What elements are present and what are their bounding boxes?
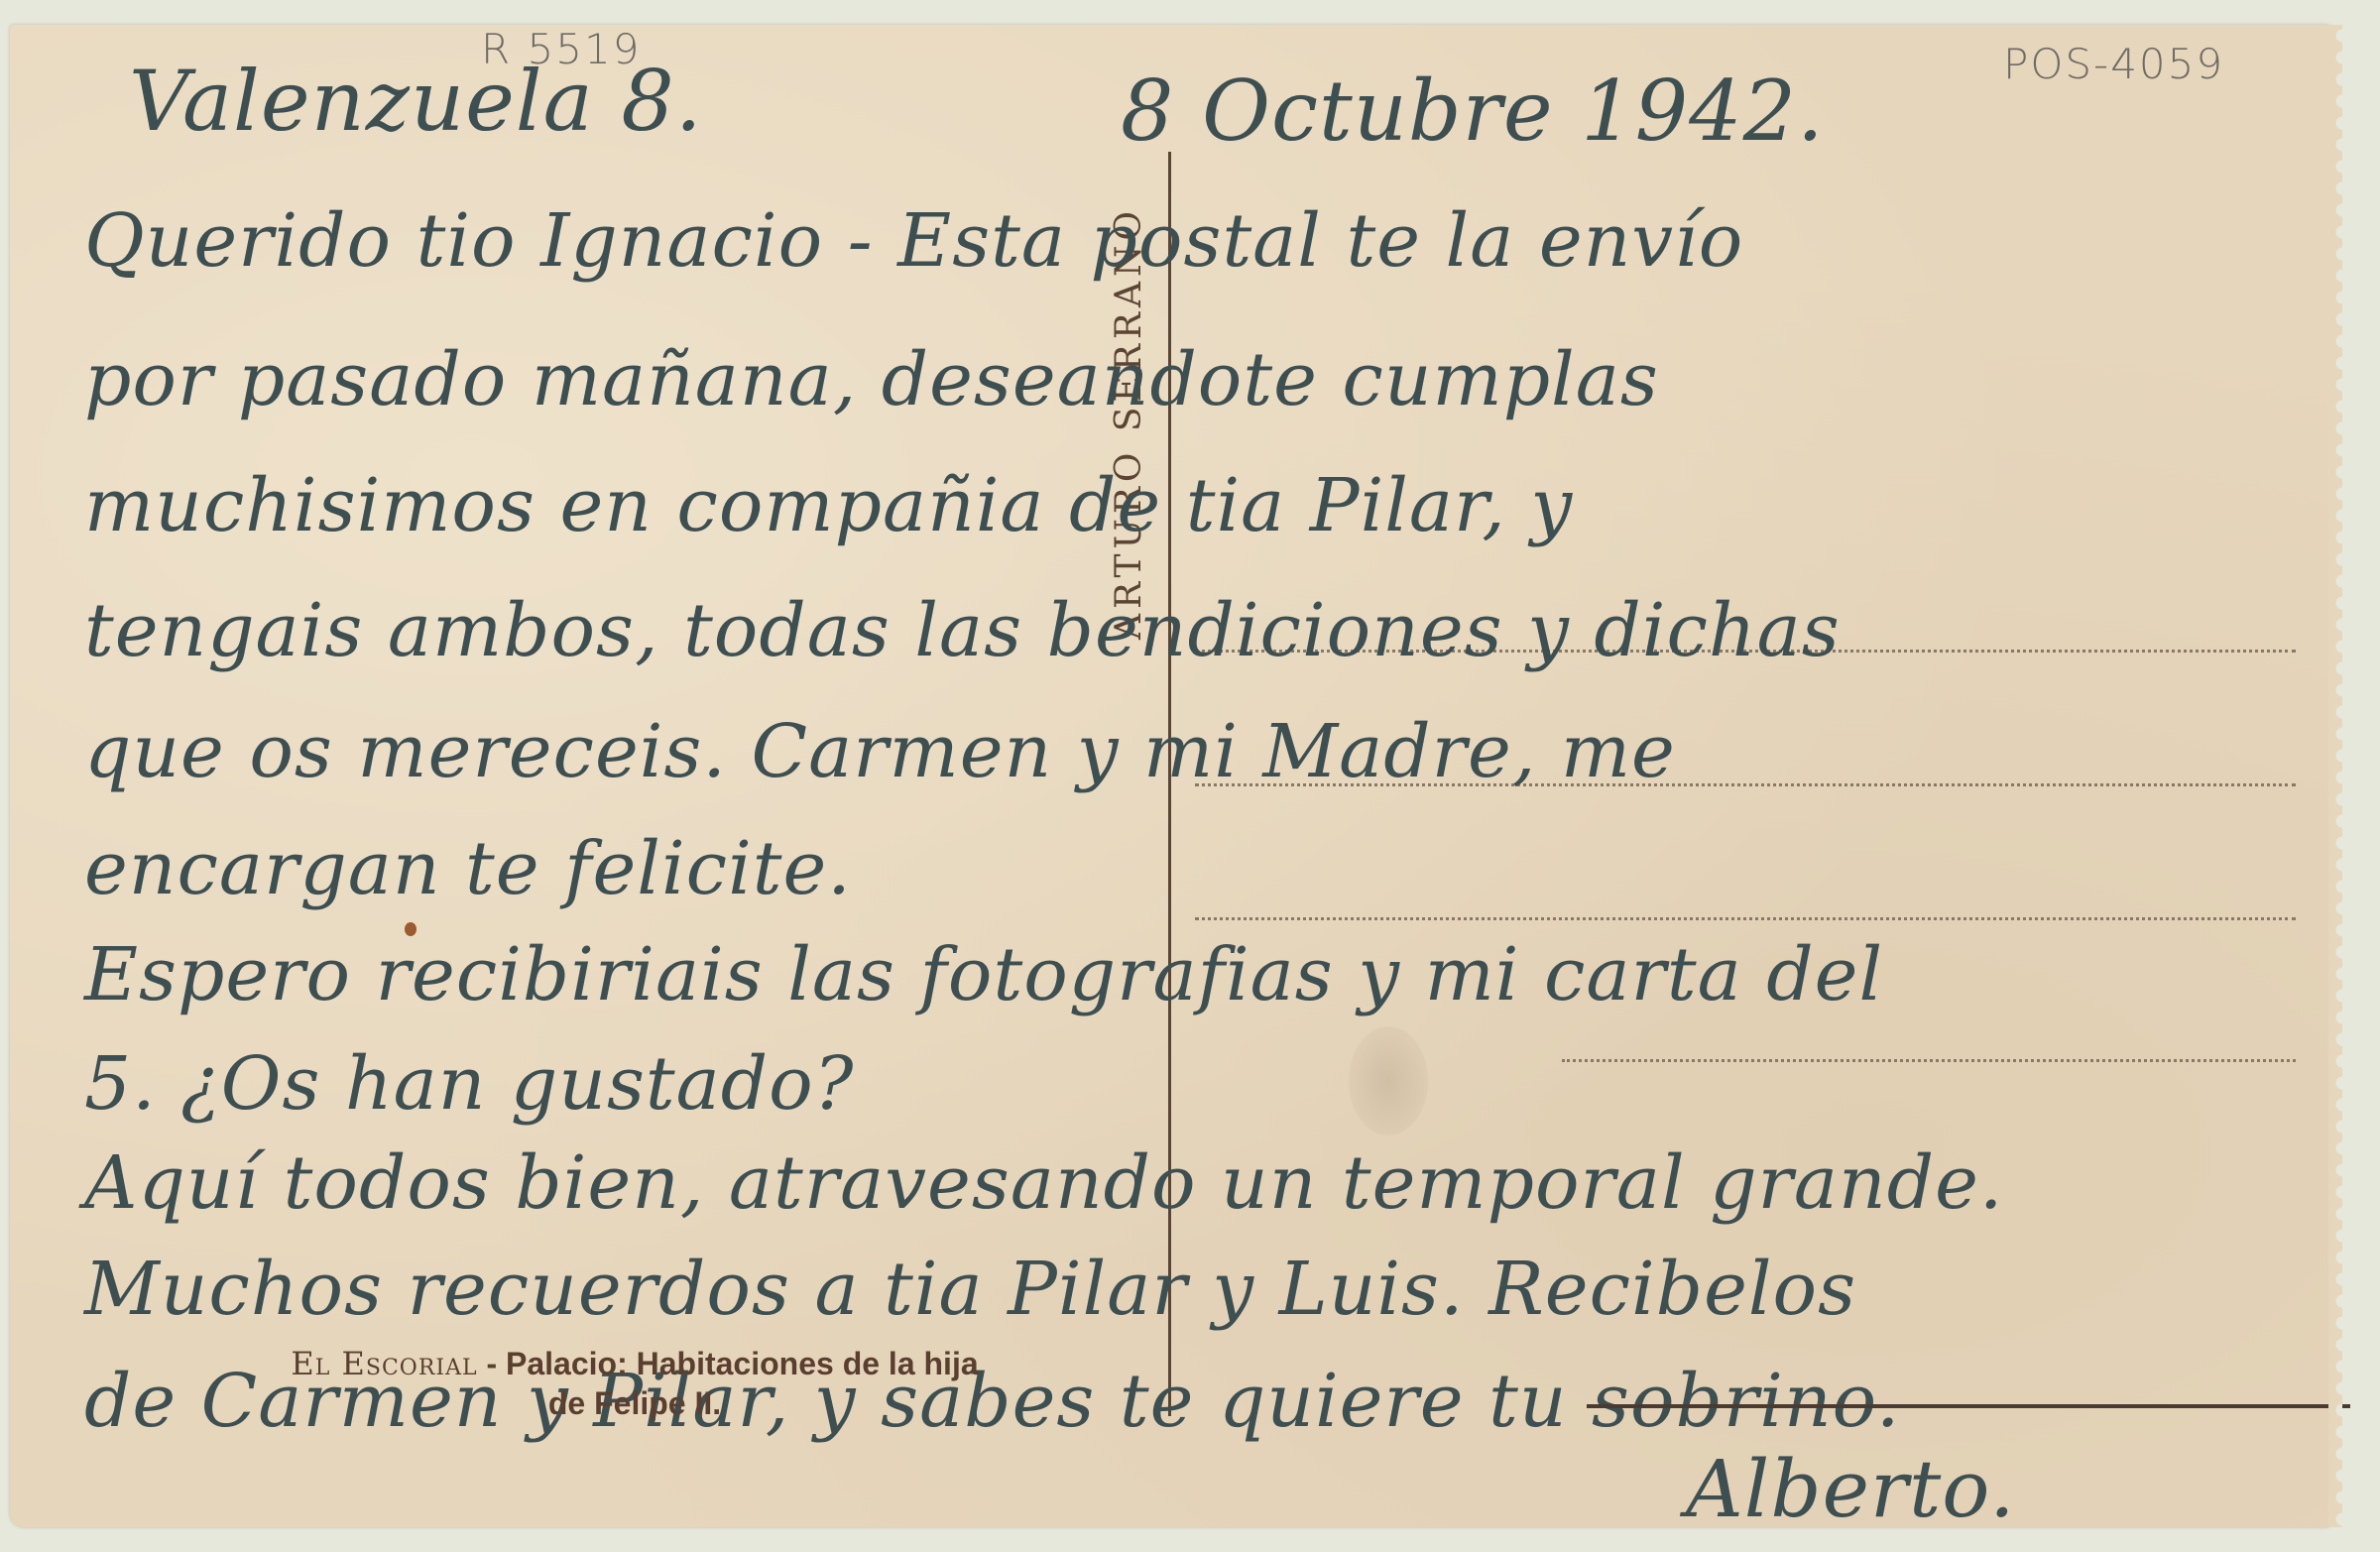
message-line-2: por pasado mañana, deseandote cumplas (84, 337, 1659, 422)
message-line-5: que os mereceis. Carmen y mi Madre, me (84, 709, 1676, 794)
message-line-1: Querido tio Ignacio - Esta postal te la … (84, 198, 1743, 284)
smudge-stain (1349, 1026, 1428, 1135)
message-line-4: tengais ambos, todas las bendiciones y d… (84, 588, 1841, 673)
rust-spot (405, 922, 416, 936)
message-line-8: 5. ¿Os han gustado? (84, 1041, 854, 1127)
printed-caption: El Escorial - Palacio: Habitaciones de l… (159, 1344, 1111, 1423)
message-line-10: Muchos recuerdos a tia Pilar y Luis. Rec… (84, 1247, 1856, 1332)
address-line-4 (1562, 1059, 2296, 1062)
caption-place: El Escorial (291, 1345, 477, 1382)
signature: Alberto. (1686, 1443, 2016, 1535)
caption-line-2: de Felipe II. (159, 1383, 1111, 1423)
address-line-3 (1195, 917, 2296, 920)
caption-separator: - (486, 1346, 497, 1381)
handwritten-place: Valenzuela 8. (129, 53, 703, 150)
message-line-9: Aquí todos bien, atravesando un temporal… (84, 1140, 2003, 1226)
message-line-7: Espero recibiriais las fotografias y mi … (84, 932, 1883, 1017)
archive-mark-pos4059: POS-4059 (2003, 40, 2224, 88)
caption-title: Palacio: Habitaciones de la hija (506, 1346, 979, 1381)
message-line-6: encargan te felicite. (84, 826, 852, 911)
handwritten-date: 8 Octubre 1942. (1121, 62, 1825, 160)
strikethrough-line (1587, 1404, 2350, 1408)
message-line-3: muchisimos en compañia de tia Pilar, y (84, 463, 1573, 548)
postcard: R 5519 POS-4059 Valenzuela 8. 8 Octubre … (10, 25, 2330, 1527)
caption-line-1: El Escorial - Palacio: Habitaciones de l… (159, 1344, 1111, 1383)
